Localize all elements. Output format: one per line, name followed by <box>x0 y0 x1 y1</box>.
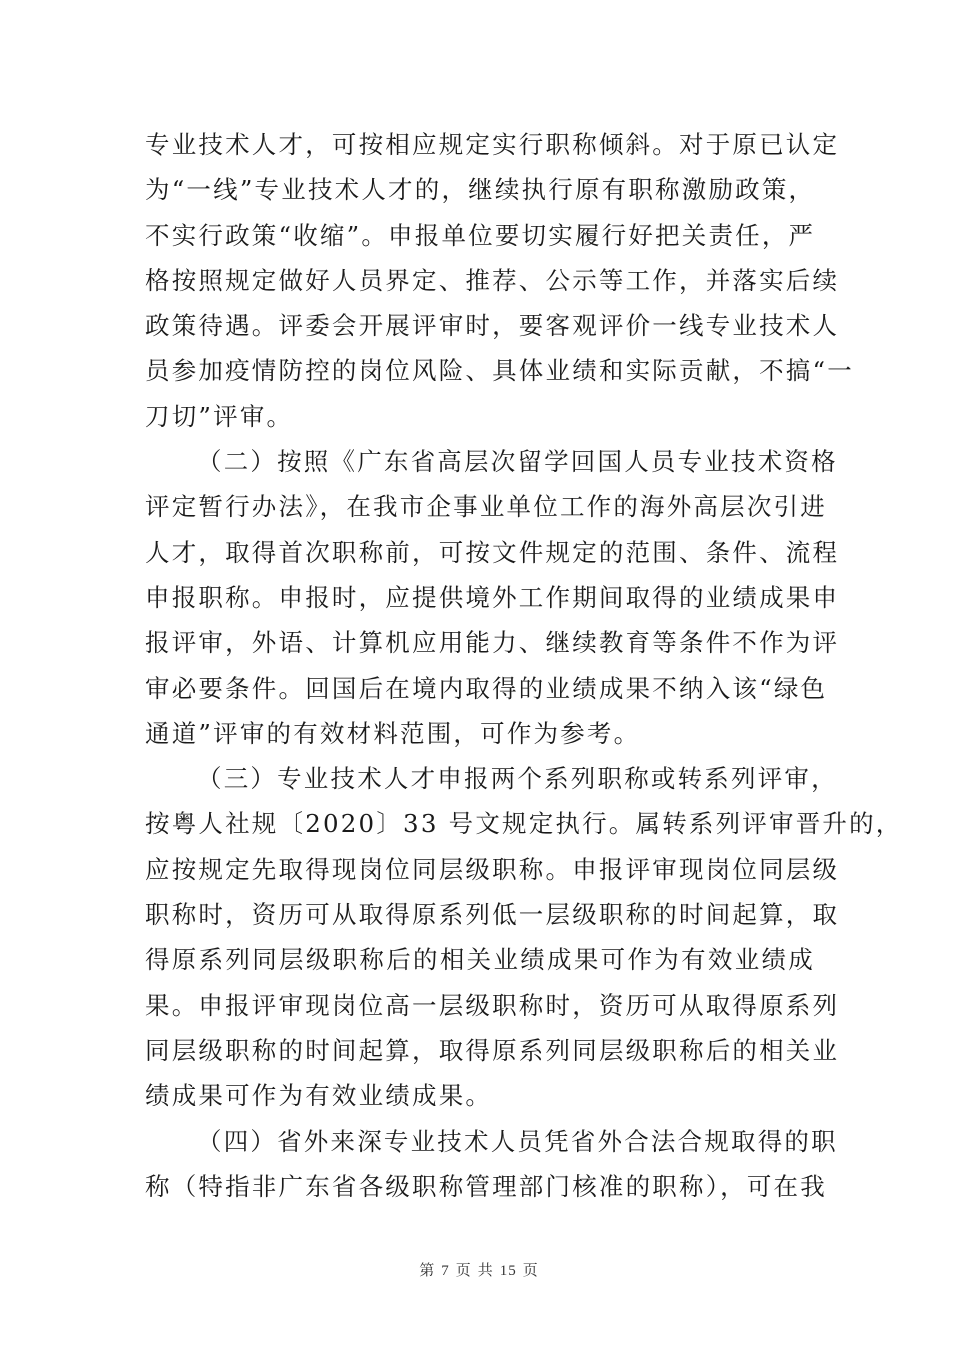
section-heading-line: （二）按照《广东省高层次留学回国人员专业技术资格 <box>145 439 815 484</box>
text-line: 政策待遇。评委会开展评审时，要客观评价一线专业技术人 <box>145 303 815 348</box>
page-suffix: 页 <box>523 1263 539 1279</box>
text-line: 应按规定先取得现岗位同层级职称。申报评审现岗位同层级 <box>145 847 815 892</box>
text-line: 人才，取得首次职称前，可按文件规定的范围、条件、流程 <box>145 530 815 575</box>
text-line: 报评审，外语、计算机应用能力、继续教育等条件不作为评 <box>145 620 815 665</box>
text-line: 为“一线”专业技术人才的，继续执行原有职称激励政策， <box>145 167 815 212</box>
text-line: 得原系列同层级职称后的相关业绩成果可作为有效业绩成 <box>145 937 815 982</box>
page-prefix: 第 <box>419 1263 435 1279</box>
text-line: 按粤人社规〔2020〕33 号文规定执行。属转系列评审晋升的， <box>145 801 815 846</box>
paragraph-section-4: （四）省外来深专业技术人员凭省外合法合规取得的职 称（特指非广东省各级职称管理部… <box>145 1119 815 1210</box>
section-heading-line: （三）专业技术人才申报两个系列职称或转系列评审， <box>145 756 815 801</box>
text-line: 不实行政策“收缩”。申报单位要切实履行好把关责任，严 <box>145 213 815 258</box>
text-line: 职称时，资历可从取得原系列低一层级职称的时间起算，取 <box>145 892 815 937</box>
text-line: 通道”评审的有效材料范围，可作为参考。 <box>145 711 815 756</box>
paragraph-section-3: （三）专业技术人才申报两个系列职称或转系列评审， 按粤人社规〔2020〕33 号… <box>145 756 815 1118</box>
paragraph-section-2: （二）按照《广东省高层次留学回国人员专业技术资格 评定暂行办法》，在我市企事业单… <box>145 439 815 756</box>
page-word: 页 <box>456 1263 472 1279</box>
text-line: 专业技术人才，可按相应规定实行职称倾斜。对于原已认定 <box>145 122 815 167</box>
text-line: 果。申报评审现岗位高一层级职称时，资历可从取得原系列 <box>145 983 815 1028</box>
paragraph-continued: 专业技术人才，可按相应规定实行职称倾斜。对于原已认定 为“一线”专业技术人才的，… <box>145 122 815 439</box>
current-page-number: 7 <box>441 1263 450 1279</box>
total-word: 共 <box>478 1263 494 1279</box>
page-number-footer: 第7页共15页 <box>0 1259 958 1280</box>
text-line: 称（特指非广东省各级职称管理部门核准的职称），可在我 <box>145 1164 815 1209</box>
text-line: 员参加疫情防控的岗位风险、具体业绩和实际贡献，不搞“一 <box>145 348 815 393</box>
section-heading-line: （四）省外来深专业技术人员凭省外合法合规取得的职 <box>145 1119 815 1164</box>
total-pages-number: 15 <box>500 1263 517 1279</box>
text-line: 同层级职称的时间起算，取得原系列同层级职称后的相关业 <box>145 1028 815 1073</box>
text-line: 绩成果可作为有效业绩成果。 <box>145 1073 815 1118</box>
text-line: 评定暂行办法》，在我市企事业单位工作的海外高层次引进 <box>145 484 815 529</box>
document-page: 专业技术人才，可按相应规定实行职称倾斜。对于原已认定 为“一线”专业技术人才的，… <box>0 0 958 1356</box>
text-line: 审必要条件。回国后在境内取得的业绩成果不纳入该“绿色 <box>145 666 815 711</box>
document-body: 专业技术人才，可按相应规定实行职称倾斜。对于原已认定 为“一线”专业技术人才的，… <box>145 122 815 1209</box>
text-line: 刀切”评审。 <box>145 394 815 439</box>
text-line: 申报职称。申报时，应提供境外工作期间取得的业绩成果申 <box>145 575 815 620</box>
text-line: 格按照规定做好人员界定、推荐、公示等工作，并落实后续 <box>145 258 815 303</box>
